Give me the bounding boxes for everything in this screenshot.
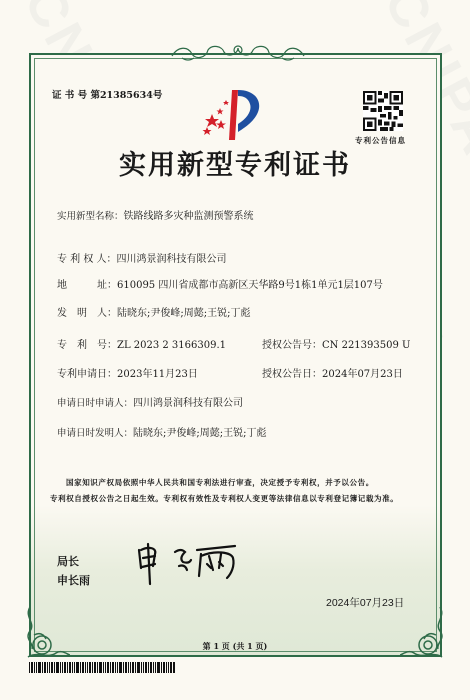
bottom-right-ornament-icon	[400, 605, 448, 663]
certificate-number-value: 第21385634号	[90, 90, 162, 101]
certificate-number: 证 书 号 第21385634号	[52, 87, 162, 101]
bottom-left-ornament-icon	[22, 605, 70, 663]
field-inventors-at-filing: 申请日时发明人：陆晓东;尹俊峰;周懿;王锐;丁彪	[57, 424, 267, 439]
field-grant-publication-date: 授权公告日：2024年07月23日	[262, 365, 403, 380]
top-ornament-icon	[168, 40, 308, 64]
field-label: 专 利 权 人：	[57, 250, 117, 265]
signatory-name: 申长雨	[57, 572, 90, 588]
field-label: 实用新型名称：	[57, 208, 124, 222]
field-label: 申请日时申请人：	[57, 395, 133, 409]
page-indicator: 第 1 页 (共 1 页)	[0, 641, 470, 652]
signature-icon	[135, 540, 245, 586]
field-value: 四川鸿景润科技有限公司	[133, 394, 243, 409]
field-utility-model-name: 实用新型名称：铁路线路多灾种监测预警系统	[57, 207, 254, 222]
field-label: 申请日时发明人：	[57, 425, 133, 439]
field-address: 地 址：610095 四川省成都市高新区天华路9号1栋1单元1层107号	[57, 276, 383, 291]
field-value: 陆晓东;尹俊峰;周懿;王锐;丁彪	[133, 424, 266, 439]
qr-code-icon[interactable]	[363, 91, 403, 131]
field-value: 610095 四川省成都市高新区天华路9号1栋1单元1层107号	[117, 276, 383, 291]
field-value: 2023年11月23日	[117, 365, 198, 380]
field-patentee: 专 利 权 人：四川鸿景润科技有限公司	[57, 250, 227, 265]
field-value: 四川鸿景润科技有限公司	[117, 250, 227, 265]
notice-line-1: 国家知识产权局依照中华人民共和国专利法进行审查，决定授予专利权，并予以公告。	[66, 477, 374, 488]
field-application-date: 专利申请日：2023年11月23日	[57, 365, 198, 380]
field-label: 授权公告日：	[262, 369, 322, 380]
field-value: 铁路线路多灾种监测预警系统	[124, 207, 254, 222]
notice-line-2: 专利权自授权公告之日起生效。专利权有效性及专利权人变更等法律信息以专利登记簿记载…	[50, 493, 398, 504]
signatory-title: 局长	[57, 553, 79, 569]
field-value: CN 221393509 U	[322, 340, 410, 351]
barcode-icon	[29, 662, 175, 673]
field-label: 地 址：	[57, 276, 117, 291]
field-value: 陆晓东;尹俊峰;周懿;王锐;丁彪	[117, 304, 250, 319]
field-label: 发 明 人：	[57, 304, 117, 319]
field-grant-publication-number: 授权公告号：CN 221393509 U	[262, 336, 410, 351]
certificate-number-label: 证 书 号	[52, 90, 87, 101]
certificate-title: 实用新型专利证书	[0, 143, 470, 182]
field-label: 专 利 号：	[57, 336, 117, 351]
field-label: 授权公告号：	[262, 340, 322, 351]
cnipa-logo-icon	[198, 84, 264, 140]
field-label: 专利申请日：	[57, 365, 117, 380]
field-patent-number: 专 利 号：ZL 2023 2 3166309.1	[57, 336, 226, 351]
issue-date: 2024年07月23日	[326, 595, 404, 610]
field-value: ZL 2023 2 3166309.1	[117, 340, 226, 351]
field-inventors: 发 明 人：陆晓东;尹俊峰;周懿;王锐;丁彪	[57, 304, 250, 319]
field-value: 2024年07月23日	[322, 369, 403, 380]
field-applicant-at-filing: 申请日时申请人：四川鸿景润科技有限公司	[57, 394, 243, 409]
